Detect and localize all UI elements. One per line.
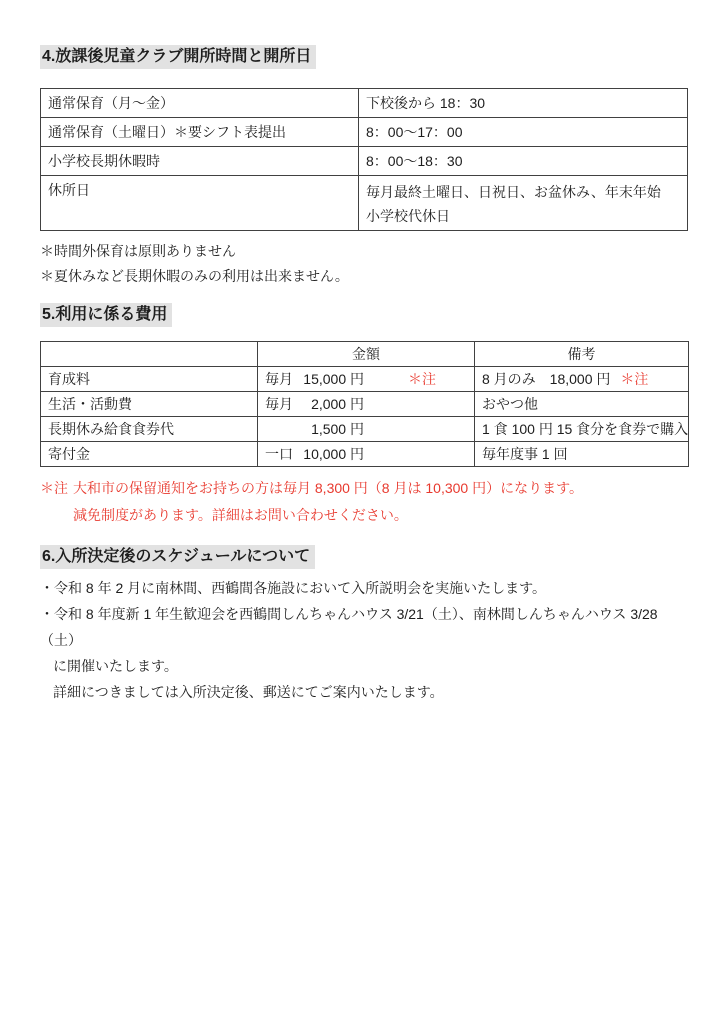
fee-amount-cell: 一口 10,000 円 bbox=[258, 442, 475, 467]
fees-table: 金額 備考 育成料 毎月 15,000 円 ＊注 8 月のみ 18,000 円＊… bbox=[40, 341, 689, 467]
table-row: 生活・活動費 毎月 2,000 円 おやつ他 bbox=[41, 392, 689, 417]
fee-remark-note: ＊注 bbox=[620, 371, 648, 387]
fees-header-row: 金額 備考 bbox=[41, 342, 689, 367]
closed-days-line: 小学校代休日 bbox=[366, 204, 680, 228]
schedule-text: ・令和 8 年 2 月に南林間、西鶴間各施設において入所説明会を実施いたします。… bbox=[40, 575, 688, 705]
opening-hours-table: 通常保育（月～金） 下校後から 18：30 通常保育（土曜日）＊要シフト表提出 … bbox=[40, 88, 688, 231]
table-row: 休所日 毎月最終土曜日、日祝日、お盆休み、年末年始 小学校代休日 bbox=[41, 176, 688, 231]
fees-remarks-header: 備考 bbox=[475, 342, 689, 367]
footnote-text: 減免制度があります。詳細はお問い合わせください。 bbox=[73, 502, 408, 529]
opening-hours-notes: ＊時間外保育は原則ありません ＊夏休みなど長期休暇のみの利用は出来ません。 bbox=[40, 239, 688, 289]
opening-hours-value: 毎月最終土曜日、日祝日、お盆休み、年末年始 小学校代休日 bbox=[359, 176, 688, 231]
fee-remark-cell: 毎年度事 1 回 bbox=[475, 442, 689, 467]
fee-amount-cell: 1,500 円 bbox=[258, 417, 475, 442]
fee-amount-value: 15,000 円 bbox=[298, 369, 364, 389]
opening-hours-label: 小学校長期休暇時 bbox=[41, 147, 359, 176]
table-row: 小学校長期休暇時 8：00～18：30 bbox=[41, 147, 688, 176]
opening-hours-value: 8：00～18：30 bbox=[359, 147, 688, 176]
fees-amount-header: 金額 bbox=[258, 342, 475, 367]
section4-heading-text: 4.放課後児童クラブ開所時間と開所日 bbox=[40, 45, 316, 69]
fee-amount-value: 2,000 円 bbox=[298, 394, 364, 414]
opening-hours-value: 下校後から 18：30 bbox=[359, 89, 688, 118]
closed-days-line: 毎月最終土曜日、日祝日、お盆休み、年末年始 bbox=[366, 180, 680, 204]
document-page: 4.放課後児童クラブ開所時間と開所日 通常保育（月～金） 下校後から 18：30… bbox=[0, 0, 724, 1024]
schedule-line: ・令和 8 年 2 月に南林間、西鶴間各施設において入所説明会を実施いたします。 bbox=[40, 575, 688, 601]
schedule-line: ・令和 8 年度新 1 年生歓迎会を西鶴間しんちゃんハウス 3/21（土）、南林… bbox=[40, 601, 688, 653]
footnote-marker bbox=[40, 502, 73, 529]
table-row: 寄付金 一口 10,000 円 毎年度事 1 回 bbox=[41, 442, 689, 467]
fee-remark-cell: 8 月のみ 18,000 円＊注 bbox=[475, 367, 689, 392]
table-row: 通常保育（土曜日）＊要シフト表提出 8：00～17：00 bbox=[41, 118, 688, 147]
fee-amount-prefix: 毎月 bbox=[265, 394, 298, 414]
table-row: 長期休み給食食券代 1,500 円 1 食 100 円 15 食分を食券で購入 bbox=[41, 417, 689, 442]
fee-remark-cell: おやつ他 bbox=[475, 392, 689, 417]
fee-footnote: 減免制度があります。詳細はお問い合わせください。 bbox=[40, 502, 688, 529]
opening-hours-value: 8：00～17：00 bbox=[359, 118, 688, 147]
fee-amount-value: 1,500 円 bbox=[298, 419, 364, 439]
document-content: 4.放課後児童クラブ開所時間と開所日 通常保育（月～金） 下校後から 18：30… bbox=[0, 0, 724, 705]
fee-item-cell: 生活・活動費 bbox=[41, 392, 258, 417]
opening-hours-note: ＊時間外保育は原則ありません bbox=[40, 239, 688, 264]
fee-remark-cell: 1 食 100 円 15 食分を食券で購入 bbox=[475, 417, 689, 442]
fee-item-cell: 育成料 bbox=[41, 367, 258, 392]
fee-amount-note: ＊注 bbox=[408, 369, 436, 389]
section5-heading-text: 5.利用に係る費用 bbox=[40, 303, 172, 327]
fee-amount-prefix: 毎月 bbox=[265, 369, 298, 389]
footnote-text: 大和市の保留通知をお持ちの方は毎月 8,300 円（8 月は 10,300 円）… bbox=[73, 475, 583, 502]
fee-item-cell: 長期休み給食食券代 bbox=[41, 417, 258, 442]
section6-heading: 6.入所決定後のスケジュールについて bbox=[40, 545, 688, 569]
fee-amount-prefix: 一口 bbox=[265, 444, 298, 464]
opening-hours-note: ＊夏休みなど長期休暇のみの利用は出来ません。 bbox=[40, 264, 688, 289]
schedule-line: 詳細につきましては入所決定後、郵送にてご案内いたします。 bbox=[40, 679, 688, 705]
table-row: 育成料 毎月 15,000 円 ＊注 8 月のみ 18,000 円＊注 bbox=[41, 367, 689, 392]
fees-footnotes: ＊注 大和市の保留通知をお持ちの方は毎月 8,300 円（8 月は 10,300… bbox=[40, 475, 688, 529]
footnote-marker: ＊注 bbox=[40, 475, 73, 502]
fee-item-cell: 寄付金 bbox=[41, 442, 258, 467]
opening-hours-label: 通常保育（月～金） bbox=[41, 89, 359, 118]
table-row: 通常保育（月～金） 下校後から 18：30 bbox=[41, 89, 688, 118]
fee-footnote: ＊注 大和市の保留通知をお持ちの方は毎月 8,300 円（8 月は 10,300… bbox=[40, 475, 688, 502]
fee-amount-cell: 毎月 2,000 円 bbox=[258, 392, 475, 417]
fee-remark-text: おやつ他 bbox=[482, 396, 538, 412]
section6-heading-text: 6.入所決定後のスケジュールについて bbox=[40, 545, 315, 569]
section4-heading: 4.放課後児童クラブ開所時間と開所日 bbox=[40, 45, 688, 69]
opening-hours-label: 休所日 bbox=[41, 176, 359, 231]
fee-amount-value: 10,000 円 bbox=[298, 444, 364, 464]
fee-remark-text: 8 月のみ 18,000 円 bbox=[482, 371, 610, 387]
section5-heading: 5.利用に係る費用 bbox=[40, 303, 688, 327]
fees-item-header bbox=[41, 342, 258, 367]
fee-amount-cell: 毎月 15,000 円 ＊注 bbox=[258, 367, 475, 392]
opening-hours-label: 通常保育（土曜日）＊要シフト表提出 bbox=[41, 118, 359, 147]
fee-remark-text: 毎年度事 1 回 bbox=[482, 446, 568, 462]
schedule-line: に開催いたします。 bbox=[40, 653, 688, 679]
fee-remark-text: 1 食 100 円 15 食分を食券で購入 bbox=[482, 421, 688, 437]
